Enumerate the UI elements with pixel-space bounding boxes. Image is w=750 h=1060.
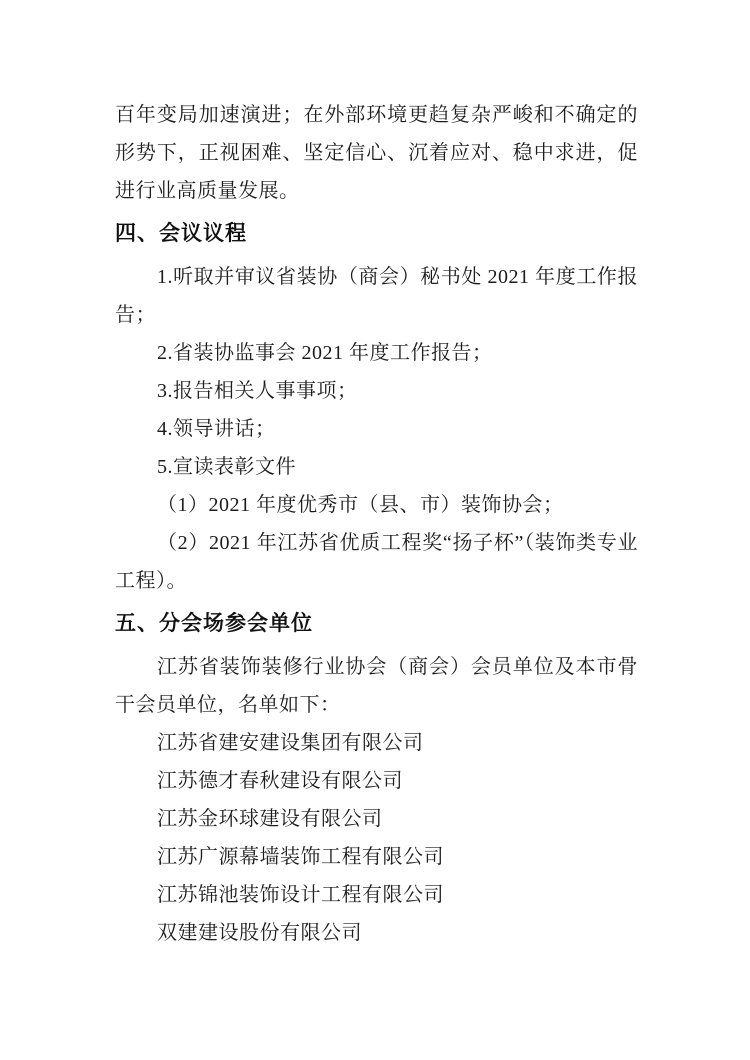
company-name-5: 江苏锦池装饰设计工程有限公司 xyxy=(115,876,638,914)
agenda-item-1: 1.听取并审议省装协（商会）秘书处 2021 年度工作报告； xyxy=(115,258,638,334)
agenda-subitem-1: （1）2021 年度优秀市（县、市）装饰协会； xyxy=(115,486,638,524)
section-heading-agenda: 四、会议议程 xyxy=(115,215,638,253)
section-heading-participants: 五、分会场参会单位 xyxy=(115,605,638,643)
agenda-item-4: 4.领导讲话； xyxy=(115,410,638,448)
agenda-item-3: 3.报告相关人事事项； xyxy=(115,372,638,410)
company-name-4: 江苏广源幕墙装饰工程有限公司 xyxy=(115,838,638,876)
participants-lead-paragraph: 江苏省装饰装修行业协会（商会）会员单位及本市骨干会员单位，名单如下： xyxy=(115,648,638,724)
company-name-2: 江苏德才春秋建设有限公司 xyxy=(115,762,638,800)
agenda-item-5: 5.宣读表彰文件 xyxy=(115,448,638,486)
agenda-item-2: 2.省装协监事会 2021 年度工作报告； xyxy=(115,334,638,372)
company-name-1: 江苏省建安建设集团有限公司 xyxy=(115,724,638,762)
agenda-subitem-2: （2）2021 年江苏省优质工程奖“扬子杯”（装饰类专业工程）。 xyxy=(115,524,638,600)
document-page: 百年变局加速演进；在外部环境更趋复杂严峻和不确定的形势下，正视困难、坚定信心、沉… xyxy=(0,0,750,1060)
intro-paragraph: 百年变局加速演进；在外部环境更趋复杂严峻和不确定的形势下，正视困难、坚定信心、沉… xyxy=(115,96,638,210)
company-name-6: 双建建设股份有限公司 xyxy=(115,914,638,952)
document-content: 百年变局加速演进；在外部环境更趋复杂严峻和不确定的形势下，正视困难、坚定信心、沉… xyxy=(115,96,638,952)
company-name-3: 江苏金环球建设有限公司 xyxy=(115,800,638,838)
